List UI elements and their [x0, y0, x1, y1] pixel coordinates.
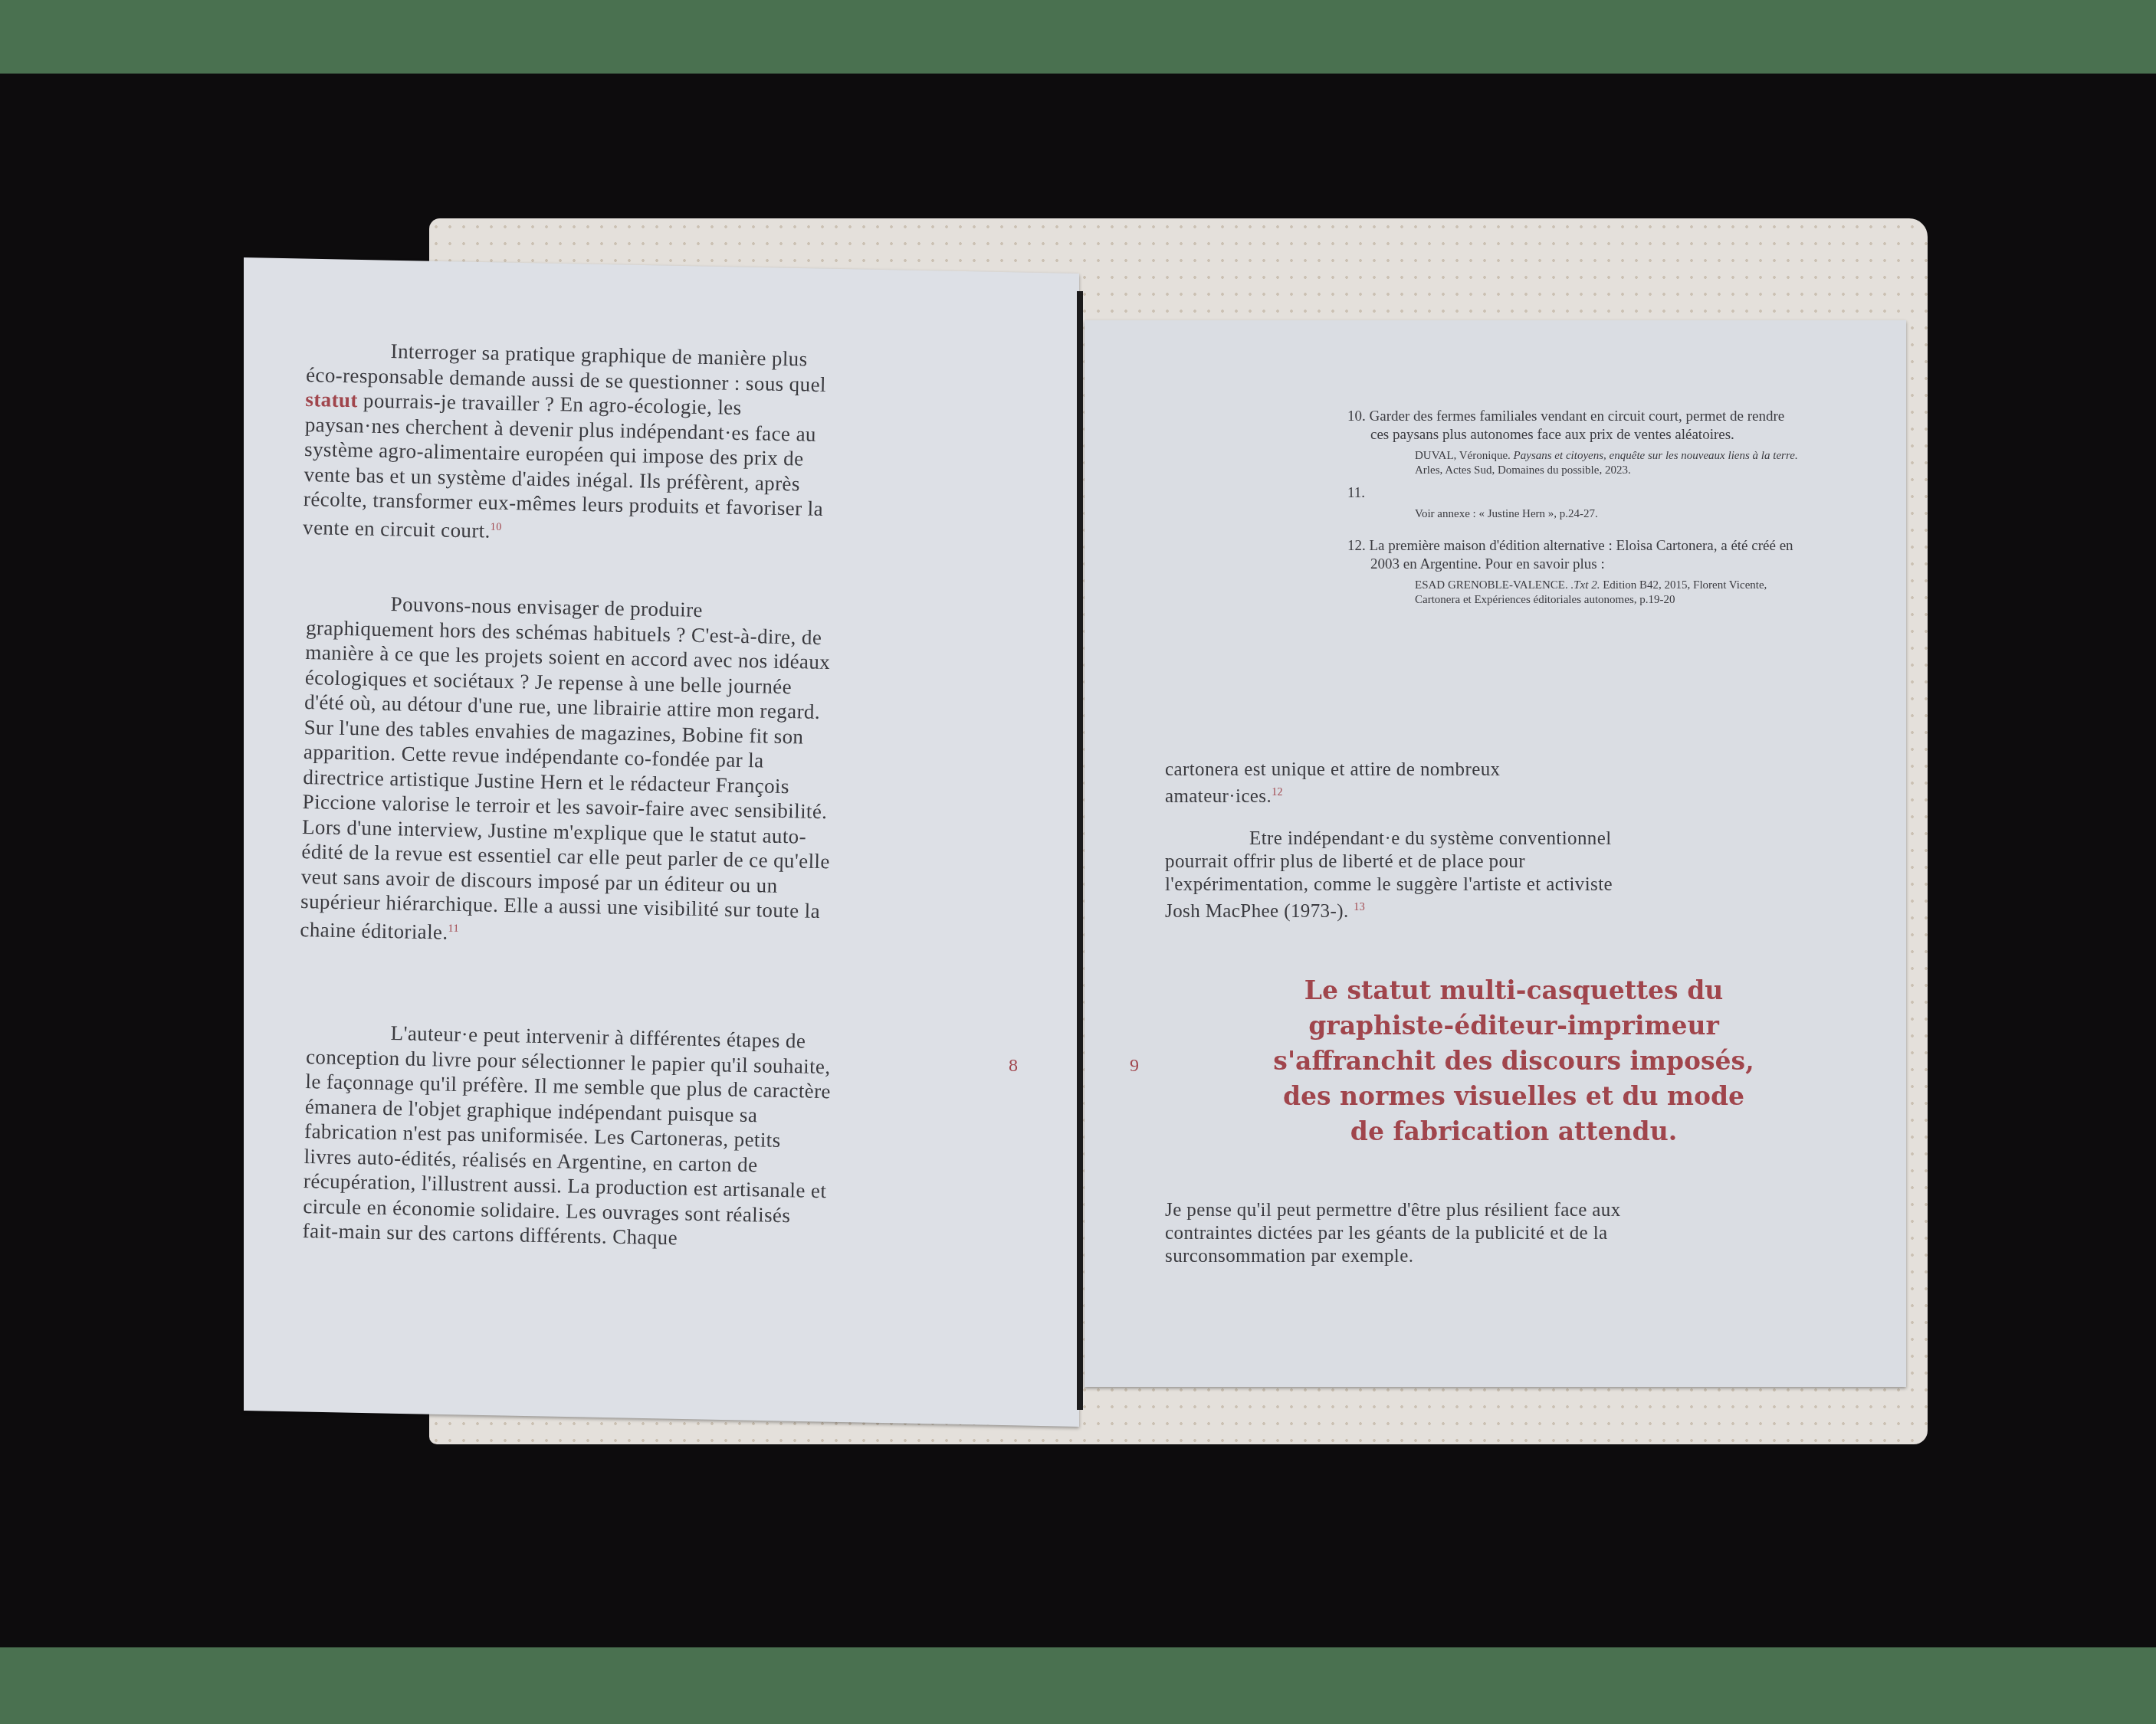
paragraph-text: Je pense qu'il peut permettre d'être plu…	[1165, 1200, 1621, 1267]
ref-author: ESAD GRENOBLE-VALENCE.	[1415, 579, 1570, 592]
footnote-marker: 12	[1272, 787, 1283, 798]
paragraph-text: L'auteur·e peut intervenir à différentes…	[302, 1021, 831, 1249]
ref-rest: Arles, Actes Sud, Domaines du possible, …	[1415, 464, 1631, 477]
footnote-marker: 10	[491, 521, 502, 533]
left-paragraph-3: L'auteur·e peut intervenir à différentes…	[302, 1019, 835, 1254]
ref-title: .Txt 2.	[1570, 579, 1600, 592]
top-color-band	[0, 0, 2156, 74]
footnote-number: 11.	[1347, 485, 1365, 501]
page-number-right: 9	[1130, 1056, 1139, 1077]
book-spine	[1077, 291, 1083, 1410]
right-continuation: cartonera est unique et attire de nombre…	[1165, 759, 1610, 808]
paragraph-text: Interroger sa pratique graphique de mani…	[306, 339, 826, 395]
paragraph-text: Pouvons-nous envisager de produire graph…	[300, 592, 830, 943]
ref-author: DUVAL, Véronique.	[1415, 450, 1514, 462]
footnote-text: Garder des fermes familiales vendant en …	[1370, 408, 1785, 443]
page-number-left: 8	[1009, 1056, 1018, 1077]
footnote-number: 10.	[1347, 408, 1366, 424]
footnote-11: 11. Voir annexe : « Justine Hern », p.24…	[1347, 484, 1800, 522]
pull-quote: Le statut multi-casquettes du graphiste-…	[1268, 973, 1759, 1149]
footnote-marker: 13	[1354, 902, 1365, 913]
paragraph-text: pourrais-je travailler ? En agro-écologi…	[303, 388, 823, 542]
footnote-10: 10. Garder des fermes familiales vendant…	[1347, 408, 1800, 478]
footnote-marker: 11	[448, 923, 460, 934]
right-closing-paragraph: Je pense qu'il peut permettre d'être plu…	[1165, 1199, 1640, 1268]
footnote-number: 12.	[1347, 538, 1366, 554]
left-paragraph-2: Pouvons-nous envisager de produire graph…	[300, 590, 835, 952]
footnote-text: La première maison d'édition alternative…	[1370, 538, 1793, 572]
emphasis-statut: statut	[305, 388, 358, 411]
footnotes-block: 10. Garder des fermes familiales vendant…	[1347, 408, 1800, 608]
paragraph-text: cartonera est unique et attire de nombre…	[1165, 759, 1500, 807]
right-paragraph-2: Etre indépendant·e du système convention…	[1165, 828, 1625, 923]
footnote-12: 12. La première maison d'édition alterna…	[1347, 537, 1800, 608]
left-paragraph-1: Interroger sa pratique graphique de mani…	[303, 337, 835, 549]
paragraph-text: Etre indépendant·e du système convention…	[1165, 828, 1613, 922]
ref-title: Paysans et citoyens, enquête sur les nou…	[1514, 450, 1798, 462]
ref-rest: Voir annexe : « Justine Hern », p.24-27.	[1415, 508, 1598, 520]
bottom-color-band	[0, 1647, 2156, 1724]
